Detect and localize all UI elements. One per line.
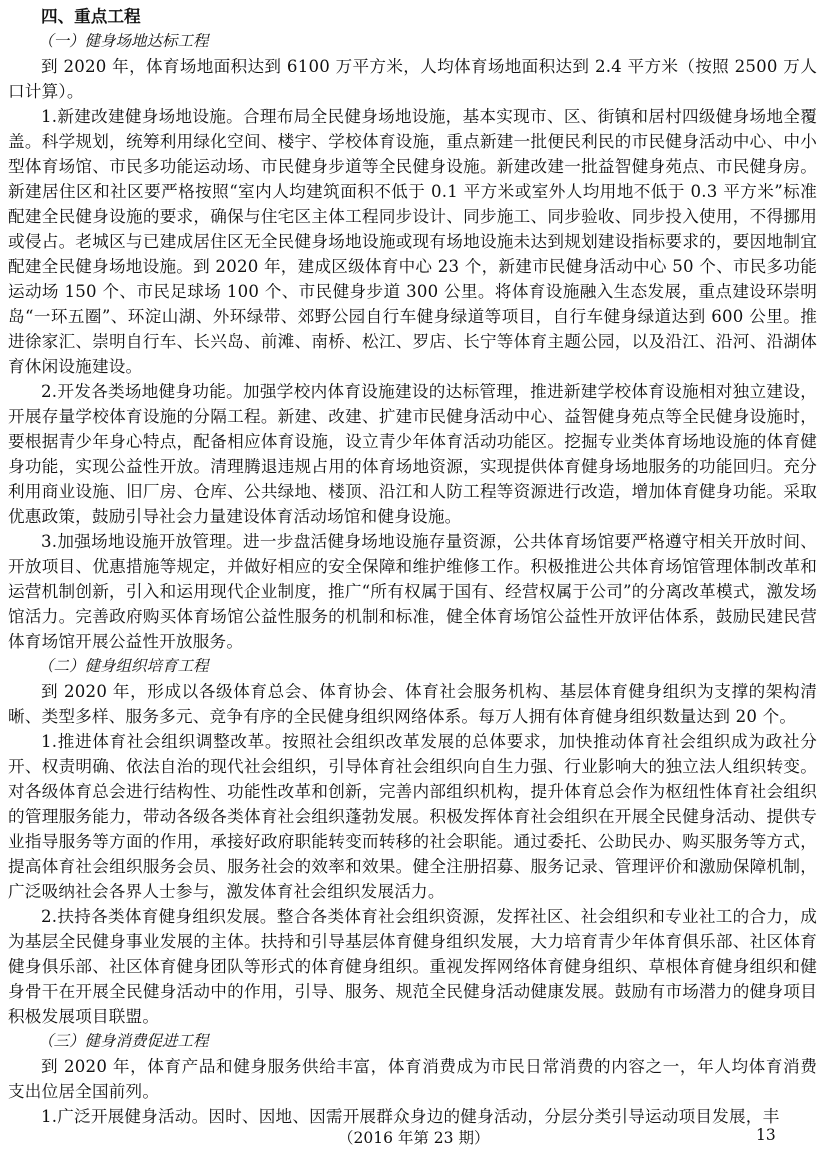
subsection-heading-1: （一）健身场地达标工程 [8,29,817,54]
paragraph: 1.推进体育社会组织调整改革。按照社会组织改革发展的总体要求，加快推动体育社会组… [8,729,817,904]
paragraph: 3.加强场地设施开放管理。进一步盘活健身场地设施存量资源，公共体育场馆要严格遵守… [8,529,817,654]
paragraph: 2.开发各类场地健身功能。加强学校内体育设施建设的达标管理，推进新建学校体育设施… [8,379,817,529]
paragraph: 到 2020 年，体育场地面积达到 6100 万平方米，人均体育场地面积达到 2… [8,54,817,104]
document-page: 四、重点工程 （一）健身场地达标工程 到 2020 年，体育场地面积达到 610… [8,4,817,1129]
subsection-heading-3: （三）健身消费促进工程 [8,1029,817,1054]
paragraph: 到 2020 年，形成以各级体育总会、体育协会、体育社会服务机构、基层体育健身组… [8,679,817,729]
section-title: 四、重点工程 [8,4,817,29]
subsection-heading-2: （二）健身组织培育工程 [8,654,817,679]
paragraph: 1.新建改建健身场地设施。合理布局全民健身场地设施，基本实现市、区、街镇和居村四… [8,104,817,379]
issue-label: （2016 年第 23 期） [338,1126,489,1148]
page-number: 13 [756,1126,776,1144]
paragraph: 2.扶持各类体育健身组织发展。整合各类体育社会组织资源，发挥社区、社会组织和专业… [8,904,817,1029]
paragraph: 到 2020 年，体育产品和健身服务供给丰富，体育消费成为市民日常消费的内容之一… [8,1054,817,1104]
